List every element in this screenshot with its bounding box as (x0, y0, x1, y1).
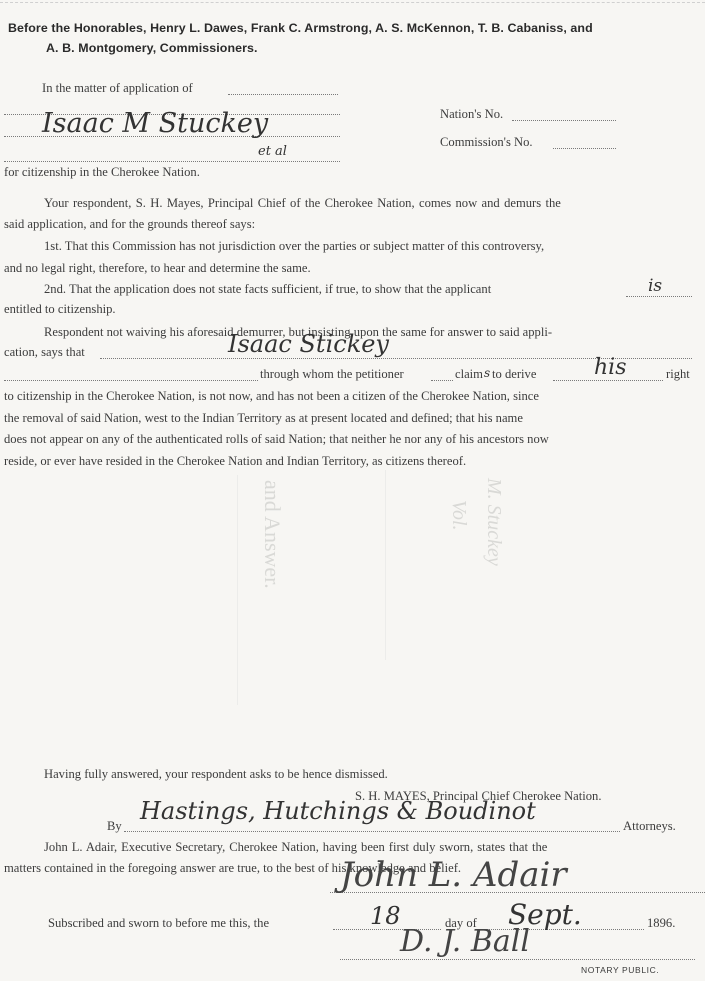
paragraph-line3: does not appear on any of the authentica… (4, 432, 549, 447)
dismissed-line: Having fully answered, your respondent a… (44, 767, 388, 782)
affiant-signature-handwritten: John L. Adair (340, 855, 567, 895)
first-ground-line2: and no legal right, therefore, to hear a… (4, 261, 311, 276)
citizenship-line: for citizenship in the Cherokee Nation. (4, 165, 200, 180)
attorneys-signature-line (124, 831, 620, 832)
intro-line2: said application, and for the grounds th… (4, 217, 255, 232)
commission-no-label: Commission's No. (440, 135, 533, 150)
dotted-line (431, 380, 453, 381)
respondent-line2-prefix: cation, says that (4, 345, 85, 360)
paragraph-line1: to citizenship in the Cherokee Nation, i… (4, 389, 539, 404)
top-edge-line (0, 2, 705, 3)
commissioners-header-line2: A. B. Montgomery, Commissioners. (46, 41, 258, 55)
fold-line (237, 475, 238, 705)
ancestor-name-handwritten: Isaac Stickey (228, 330, 389, 358)
commission-no-field[interactable] (553, 148, 616, 149)
claim-suffix-handwritten: s (484, 366, 490, 380)
applicant-name-handwritten: Isaac M Stuckey (42, 108, 268, 139)
document-page: and Answer. M. Stuckey Vol. Before the H… (0, 0, 705, 981)
affidavit-line1: John L. Adair, Executive Secretary, Cher… (44, 840, 547, 855)
matter-label: In the matter of application of (42, 81, 193, 96)
through-text: through whom the petitioner (260, 367, 404, 382)
subscribed-prefix: Subscribed and sworn to before me this, … (48, 916, 269, 931)
paragraph-line2: the removal of said Nation, west to the … (4, 411, 523, 426)
dotted-line (4, 380, 258, 381)
dotted-line (626, 296, 692, 297)
second-ground-line2: entitled to citizenship. (4, 302, 116, 317)
paragraph-line4: reside, or ever have resided in the Cher… (4, 454, 466, 469)
attorneys-label: Attorneys. (623, 819, 676, 834)
bleed-through-text: Vol. (447, 500, 470, 531)
applicant-verb-handwritten: is (648, 276, 662, 296)
derive-text: to derive (492, 367, 536, 382)
notary-public-label: NOTARY PUBLIC. (581, 965, 659, 975)
intro-line1: Your respondent, S. H. Mayes, Principal … (44, 196, 561, 211)
dotted-line (553, 380, 663, 381)
year-text: 1896. (647, 916, 675, 931)
by-label: By (107, 819, 122, 834)
second-ground-line1: 2nd. That the application does not state… (44, 282, 491, 297)
first-ground-line1: 1st. That this Commission has not jurisd… (44, 239, 544, 254)
dotted-line (228, 94, 338, 95)
applicant-name-line-3 (4, 161, 340, 162)
notary-signature-line (340, 959, 695, 960)
day-handwritten: 18 (370, 902, 401, 930)
nations-no-field[interactable] (512, 120, 616, 121)
pronoun-handwritten: his (594, 355, 627, 380)
fold-line (385, 470, 386, 660)
notary-signature-handwritten: D. J. Ball (400, 924, 530, 959)
nations-no-label: Nation's No. (440, 107, 503, 122)
applicant-mark-handwritten: et al (258, 144, 287, 159)
bleed-through-text: M. Stuckey (482, 478, 505, 566)
claim-text: claim (455, 367, 483, 382)
attorneys-signature-handwritten: Hastings, Hutchings & Boudinot (140, 797, 536, 825)
commissioners-header-line1: Before the Honorables, Henry L. Dawes, F… (8, 21, 593, 35)
bleed-through-text: and Answer. (259, 480, 285, 589)
right-text: right (666, 367, 690, 382)
